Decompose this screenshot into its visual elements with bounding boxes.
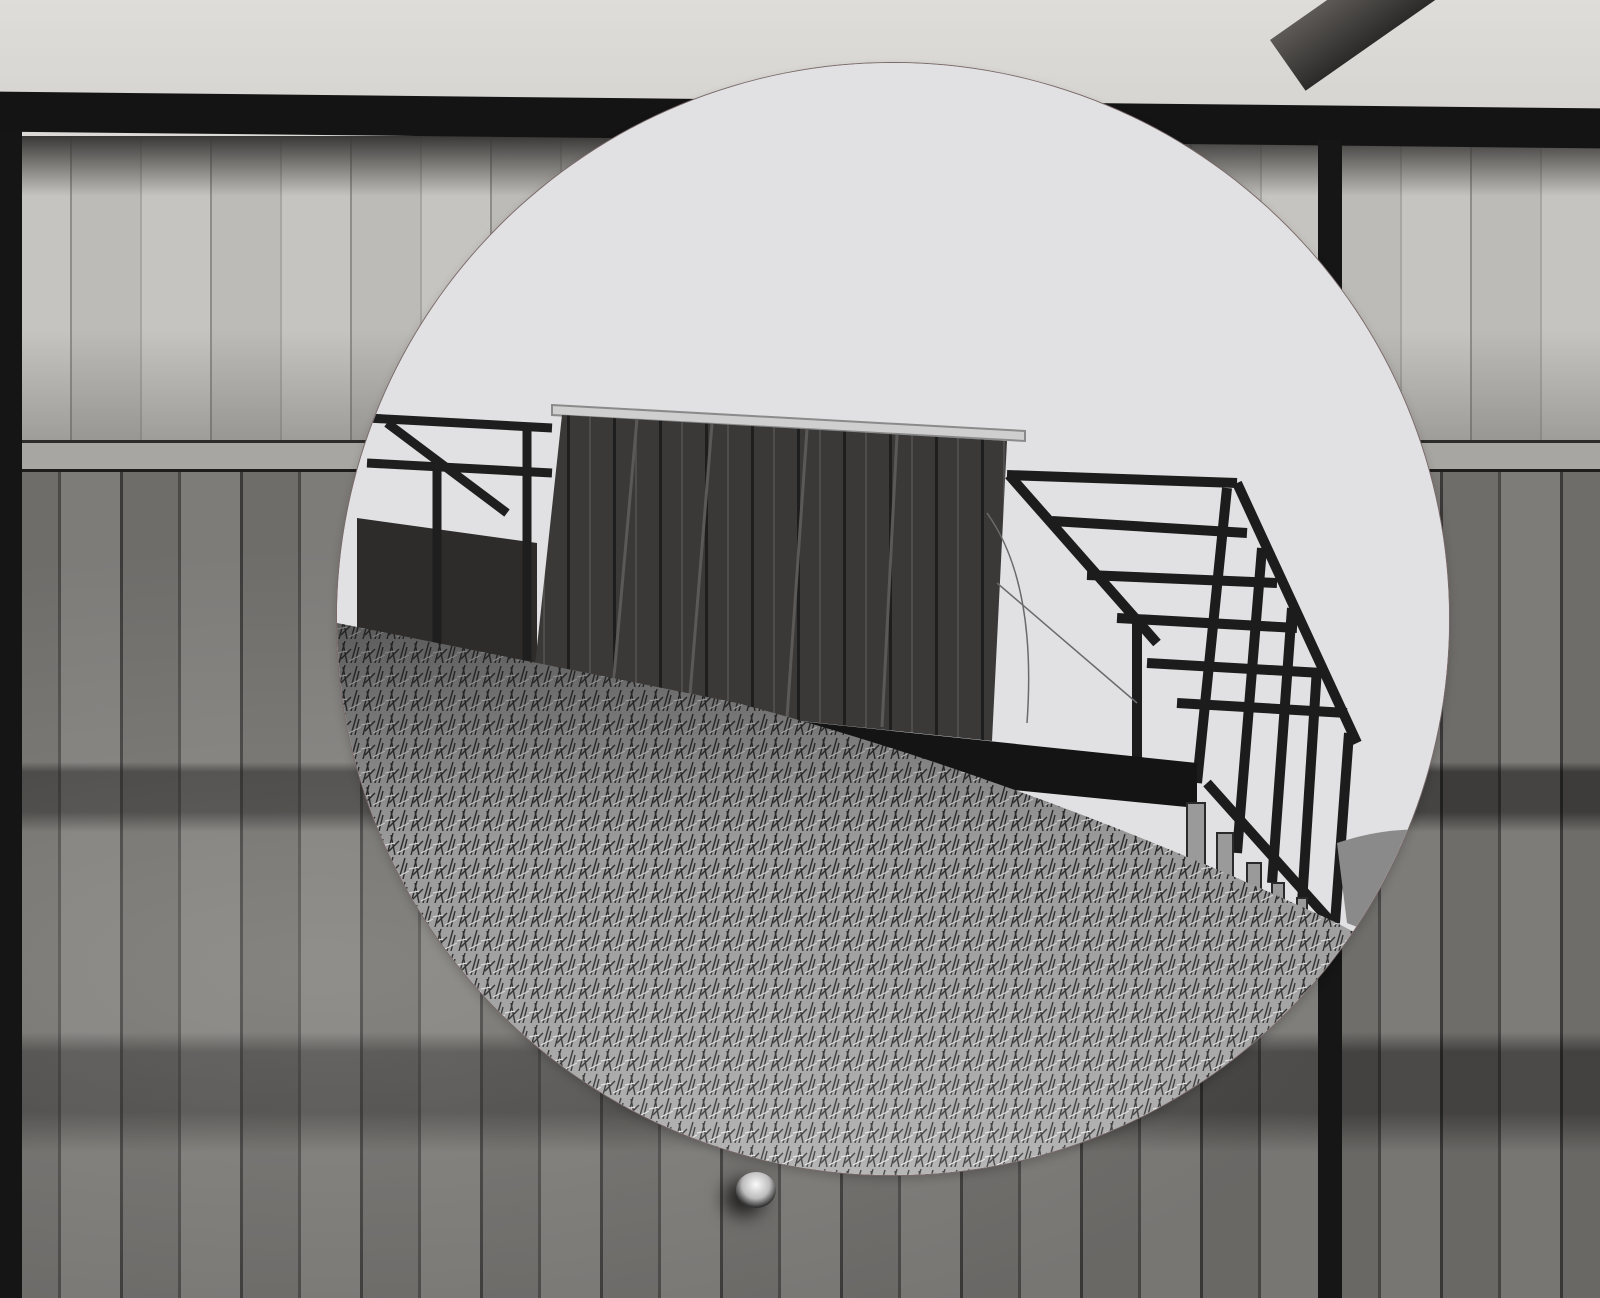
door-knob [736,1172,776,1208]
photo-scene [0,0,1600,1298]
left-post [0,130,22,1298]
inset-photo-drawing [337,63,1449,1175]
circular-inset-photo [337,63,1449,1175]
